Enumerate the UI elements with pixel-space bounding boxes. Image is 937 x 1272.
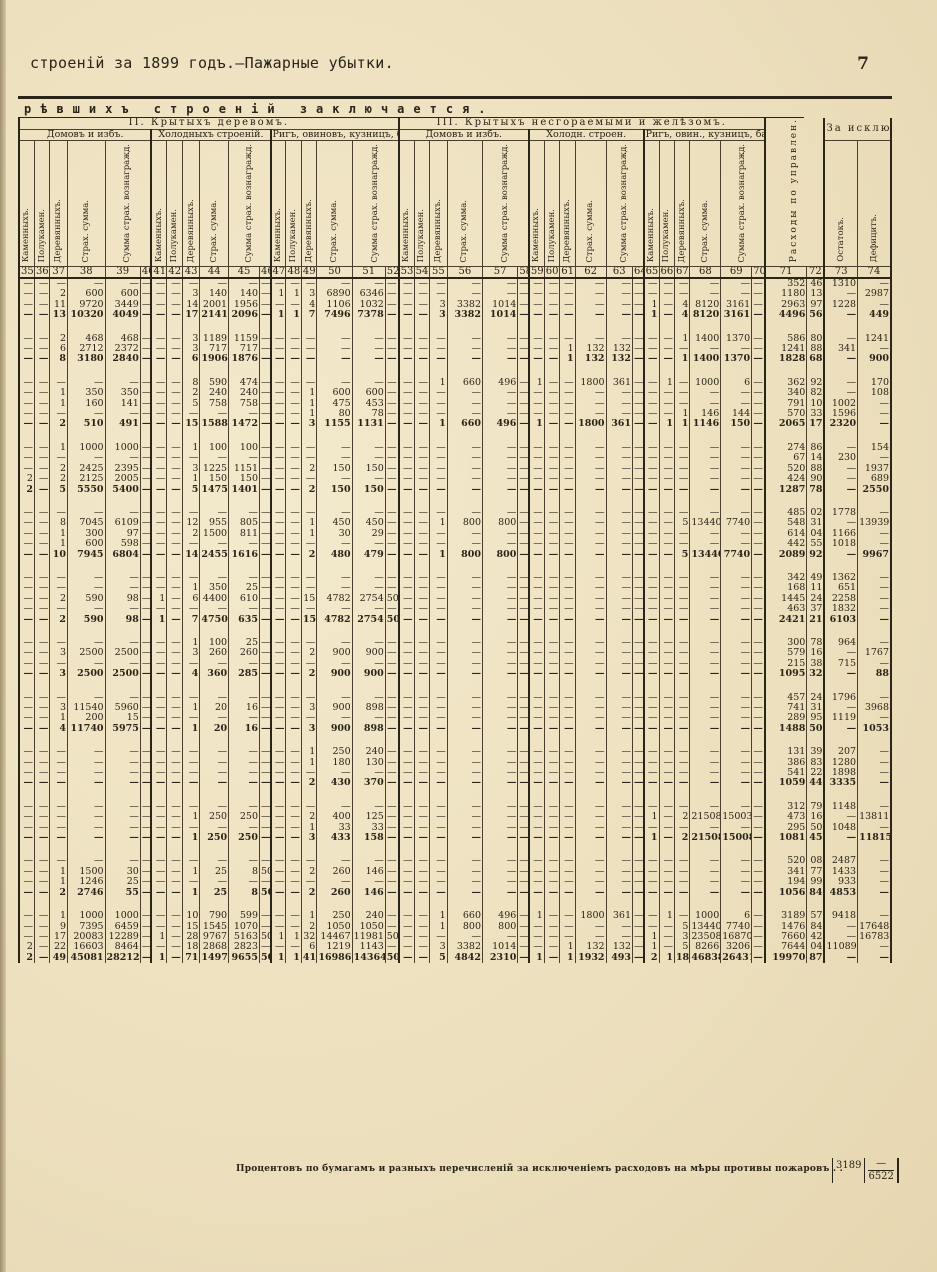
table-cell: 2550 <box>858 485 891 495</box>
table-cell: — <box>105 802 140 812</box>
table-cell: — <box>286 888 301 898</box>
table-cell: — <box>483 812 518 822</box>
table-cell: — <box>518 539 529 549</box>
table-cell: — <box>19 529 34 539</box>
table-cell: — <box>575 300 606 310</box>
table-cell: 17648 <box>858 922 891 932</box>
table-cell: — <box>752 278 765 289</box>
table-cell: — <box>260 669 271 679</box>
spacer-cell <box>385 430 398 443</box>
table-cell: — <box>271 911 286 921</box>
table-total-row: ——1079456804———1424551616———2480479———18… <box>19 550 891 560</box>
table-cell: — <box>50 778 68 788</box>
table-cell: 42 <box>807 932 825 942</box>
table-cell: 7740 <box>721 518 752 528</box>
table-cell: — <box>606 529 632 539</box>
spacer-cell <box>260 789 271 802</box>
table-cell: — <box>286 615 301 625</box>
table-cell: — <box>529 856 544 866</box>
table-cell: 8 <box>229 888 260 898</box>
table-cell: — <box>260 942 271 952</box>
table-cell: — <box>317 278 352 289</box>
spacer-cell <box>606 843 632 856</box>
table-cell: 955 <box>200 518 229 528</box>
table-cell: — <box>518 443 529 453</box>
table-cell: 250 <box>229 833 260 843</box>
table-cell: — <box>752 703 765 713</box>
table-cell: — <box>385 693 398 703</box>
table-cell: — <box>518 573 529 583</box>
table-cell: — <box>560 508 575 518</box>
table-cell: 610 <box>229 594 260 604</box>
spacer-cell <box>286 625 301 638</box>
spacer-cell <box>544 430 559 443</box>
table-row: ————————————————————————————————————3424… <box>19 573 891 583</box>
table-row: ————————————————————————————————————5412… <box>19 768 891 778</box>
table-cell: — <box>544 659 559 669</box>
table-cell: — <box>529 615 544 625</box>
col-deficit: Дефицитъ. <box>858 141 891 266</box>
table-cell: — <box>430 867 448 877</box>
table-cell: — <box>752 747 765 757</box>
table-cell: — <box>560 888 575 898</box>
table-cell: 1 <box>301 747 316 757</box>
table-cell: — <box>447 583 482 593</box>
table-cell: — <box>659 409 674 419</box>
group-spacer <box>19 321 891 334</box>
table-cell: — <box>19 659 34 669</box>
table-cell: — <box>385 867 398 877</box>
table-cell: — <box>447 932 482 942</box>
table-cell: 3 <box>301 419 316 429</box>
table-cell: — <box>560 485 575 495</box>
spacer-cell <box>858 495 891 508</box>
table-cell: — <box>301 573 316 583</box>
spacer-cell <box>414 734 429 747</box>
table-cell: 491 <box>105 419 140 429</box>
table-cell: — <box>644 867 659 877</box>
spacer-cell <box>824 321 857 334</box>
table-cell: 295 <box>765 823 807 833</box>
table-cell: — <box>200 856 229 866</box>
table-cell: — <box>644 922 659 932</box>
spacer-cell <box>644 560 659 573</box>
table-cell: — <box>674 485 689 495</box>
spacer-cell <box>352 321 385 334</box>
table-cell: 21 <box>807 615 825 625</box>
table-cell: — <box>560 812 575 822</box>
table-cell: — <box>414 856 429 866</box>
table-cell: — <box>271 354 286 364</box>
table-cell: 791 <box>765 399 807 409</box>
table-cell: 430 <box>317 778 352 788</box>
table-cell: — <box>518 953 529 963</box>
spacer-cell <box>182 789 200 802</box>
table-cell: — <box>34 310 49 320</box>
table-cell: — <box>286 388 301 398</box>
table-cell: 2 <box>301 648 316 658</box>
spacer-cell <box>824 495 857 508</box>
table-cell: 715 <box>824 659 857 669</box>
table-cell: 2 <box>19 485 34 495</box>
table-cell: — <box>260 693 271 703</box>
table-cell: 2 <box>301 888 316 898</box>
table-cell: — <box>575 399 606 409</box>
table-cell: — <box>483 867 518 877</box>
column-number: 60 <box>544 266 559 278</box>
spacer-cell <box>140 560 151 573</box>
table-cell: 520 <box>765 856 807 866</box>
table-cell: — <box>151 539 166 549</box>
spacer-cell <box>659 789 674 802</box>
table-cell: — <box>659 354 674 364</box>
table-cell: — <box>301 768 316 778</box>
table-cell: — <box>414 615 429 625</box>
spacer-cell <box>286 734 301 747</box>
col-half-stone: Полукамен. <box>286 141 301 266</box>
table-cell: — <box>824 289 857 299</box>
table-cell: — <box>151 409 166 419</box>
table-cell: — <box>414 604 429 614</box>
table-cell: — <box>518 942 529 952</box>
table-cell: — <box>167 409 182 419</box>
table-cell: — <box>447 399 482 409</box>
table-cell: — <box>399 485 414 495</box>
table-cell: — <box>633 300 644 310</box>
table-cell: — <box>430 388 448 398</box>
table-cell: 3382 <box>447 942 482 952</box>
table-cell: — <box>633 833 644 843</box>
table-cell: 97 <box>807 300 825 310</box>
table-cell: — <box>317 573 352 583</box>
table-cell: — <box>824 334 857 344</box>
table-cell: — <box>721 278 752 289</box>
table-cell: 108 <box>858 388 891 398</box>
table-cell: 55 <box>105 888 140 898</box>
table-cell: 4400 <box>200 594 229 604</box>
table-cell: — <box>529 812 544 822</box>
table-cell: 1 <box>644 942 659 952</box>
table-cell: — <box>19 378 34 388</box>
table-cell: — <box>68 856 106 866</box>
table-cell: — <box>399 693 414 703</box>
table-cell: — <box>151 583 166 593</box>
table-cell: — <box>271 474 286 484</box>
table-cell: — <box>260 409 271 419</box>
spacer-cell <box>858 560 891 573</box>
table-cell: — <box>430 724 448 734</box>
table-cell: — <box>414 867 429 877</box>
spacer-cell <box>690 560 721 573</box>
table-cell: — <box>447 604 482 614</box>
table-cell: — <box>721 703 752 713</box>
table-cell: 25 <box>105 877 140 887</box>
table-cell: 1 <box>644 300 659 310</box>
table-cell: — <box>271 724 286 734</box>
table-cell: — <box>544 877 559 887</box>
table-cell: — <box>606 474 632 484</box>
table-cell: — <box>858 856 891 866</box>
table-cell: — <box>50 812 68 822</box>
table-cell: — <box>151 802 166 812</box>
table-cell: 2455 <box>200 550 229 560</box>
table-cell: 98 <box>105 594 140 604</box>
col-compensation: Сумма страх. вознагражд. <box>483 141 529 266</box>
table-cell: — <box>151 778 166 788</box>
table-cell: — <box>644 409 659 419</box>
table-cell: — <box>352 453 385 463</box>
table-cell: 97 <box>105 529 140 539</box>
table-cell: — <box>19 310 34 320</box>
table-cell: — <box>544 713 559 723</box>
spacer-cell <box>286 430 301 443</box>
table-cell: 1767 <box>858 648 891 658</box>
table-cell: — <box>68 604 106 614</box>
table-cell: — <box>260 378 271 388</box>
table-cell: — <box>260 354 271 364</box>
table-cell: — <box>544 443 559 453</box>
table-cell: 1148 <box>824 802 857 812</box>
table-cell: — <box>606 409 632 419</box>
table-cell: — <box>414 758 429 768</box>
spacer-cell <box>858 625 891 638</box>
table-cell: — <box>690 778 721 788</box>
table-cell: 2 <box>301 485 316 495</box>
table-cell: 13440 <box>690 518 721 528</box>
spacer-cell <box>317 321 352 334</box>
table-cell: — <box>271 550 286 560</box>
spacer-cell <box>19 560 34 573</box>
spacer-cell <box>200 430 229 443</box>
table-cell: 2 <box>182 388 200 398</box>
table-cell: 1362 <box>824 573 857 583</box>
table-cell: — <box>140 703 151 713</box>
table-cell: — <box>414 310 429 320</box>
column-number: 51 <box>352 266 385 278</box>
table-cell: — <box>260 508 271 518</box>
table-cell: — <box>140 758 151 768</box>
table-cell: — <box>606 823 632 833</box>
spacer-cell <box>483 843 518 856</box>
table-cell: — <box>50 583 68 593</box>
table-cell: 16 <box>807 648 825 658</box>
table-cell: 21508 <box>690 833 721 843</box>
table-cell: 16 <box>807 812 825 822</box>
table-cell: — <box>644 823 659 833</box>
spacer-cell <box>807 625 825 638</box>
table-cell: — <box>167 693 182 703</box>
table-cell: — <box>200 508 229 518</box>
table-cell: — <box>68 378 106 388</box>
table-cell: — <box>606 518 632 528</box>
spacer-cell <box>317 495 352 508</box>
table-cell: — <box>414 648 429 658</box>
table-cell: — <box>385 812 398 822</box>
table-cell: — <box>858 778 891 788</box>
table-cell: 1 <box>50 399 68 409</box>
table-cell: — <box>824 485 857 495</box>
spacer-cell <box>286 560 301 573</box>
table-cell: — <box>140 812 151 822</box>
table-cell: 13811 <box>858 812 891 822</box>
table-cell: — <box>721 867 752 877</box>
table-cell: 78 <box>807 485 825 495</box>
table-cell: — <box>414 278 429 289</box>
table-cell: — <box>483 464 518 474</box>
table-cell: — <box>167 464 182 474</box>
table-cell: — <box>529 518 544 528</box>
table-cell: 4853 <box>824 888 857 898</box>
table-cell: 160 <box>68 399 106 409</box>
table-cell: — <box>229 508 260 518</box>
spacer-cell <box>352 495 385 508</box>
table-cell: — <box>414 778 429 788</box>
table-cell: — <box>430 529 448 539</box>
spacer-cell <box>518 560 529 573</box>
table-cell: — <box>529 604 544 614</box>
table-cell: — <box>752 648 765 658</box>
table-cell: — <box>752 659 765 669</box>
table-cell: — <box>151 922 166 932</box>
table-cell: 2754 <box>352 615 385 625</box>
column-number: 65 <box>644 266 659 278</box>
table-cell: 1050 <box>352 922 385 932</box>
table-cell: — <box>518 378 529 388</box>
table-cell: — <box>575 550 606 560</box>
table-cell: — <box>260 529 271 539</box>
spacer-cell <box>659 495 674 508</box>
table-cell: — <box>659 485 674 495</box>
table-cell: — <box>430 443 448 453</box>
table-cell: — <box>19 409 34 419</box>
column-number: 50 <box>317 266 352 278</box>
table-cell: — <box>690 508 721 518</box>
table-cell: — <box>430 802 448 812</box>
spacer-cell <box>765 680 807 693</box>
table-cell: 15 <box>105 713 140 723</box>
spacer-cell <box>644 898 659 911</box>
table-cell: 6 <box>182 594 200 604</box>
table-cell: — <box>659 888 674 898</box>
table-cell: — <box>529 768 544 778</box>
table-cell: — <box>414 703 429 713</box>
table-cell: — <box>34 768 49 778</box>
spacer-cell <box>68 365 106 378</box>
table-cell: 3 <box>301 289 316 299</box>
table-cell: — <box>518 833 529 843</box>
table-cell: — <box>151 638 166 648</box>
table-cell: — <box>286 922 301 932</box>
spacer-cell <box>68 843 106 856</box>
table-cell: — <box>544 768 559 778</box>
table-cell: — <box>19 932 34 942</box>
table-cell: 13440 <box>690 922 721 932</box>
spacer-cell <box>399 734 414 747</box>
spacer-cell <box>301 625 316 638</box>
table-cell: — <box>633 573 644 583</box>
table-cell: — <box>560 289 575 299</box>
spacer-cell <box>544 680 559 693</box>
group-spacer <box>19 560 891 573</box>
table-cell: — <box>301 638 316 648</box>
table-cell: — <box>352 604 385 614</box>
table-cell: — <box>140 289 151 299</box>
table-cell: 2005 <box>105 474 140 484</box>
table-cell: — <box>140 508 151 518</box>
spacer-cell <box>19 789 34 802</box>
table-cell: — <box>560 638 575 648</box>
table-cell: 3 <box>182 344 200 354</box>
spacer-cell <box>644 495 659 508</box>
table-cell: — <box>34 648 49 658</box>
spacer-cell <box>430 365 448 378</box>
spacer-cell <box>633 843 644 856</box>
table-cell: 150 <box>229 474 260 484</box>
table-cell: — <box>140 615 151 625</box>
table-cell: — <box>659 856 674 866</box>
spacer-cell <box>151 321 166 334</box>
spacer-cell <box>430 680 448 693</box>
table-cell: — <box>690 573 721 583</box>
table-cell: — <box>447 758 482 768</box>
spacer-cell <box>34 680 49 693</box>
table-cell: 1 <box>151 594 166 604</box>
table-cell: — <box>575 409 606 419</box>
table-cell: — <box>286 867 301 877</box>
spacer-cell <box>105 680 140 693</box>
table-cell: 3 <box>50 703 68 713</box>
table-cell: — <box>385 778 398 788</box>
spacer-cell <box>518 625 529 638</box>
table-cell: — <box>151 518 166 528</box>
table-cell: — <box>200 713 229 723</box>
spacer-cell <box>399 843 414 856</box>
table-cell: 900 <box>858 354 891 364</box>
table-cell: 360 <box>200 669 229 679</box>
table-cell: — <box>317 344 352 354</box>
table-cell: — <box>606 485 632 495</box>
column-number: 36 <box>34 266 49 278</box>
spacer-cell <box>68 560 106 573</box>
spacer-cell <box>752 430 765 443</box>
table-cell: — <box>385 453 398 463</box>
spacer-cell <box>286 365 301 378</box>
table-cell: — <box>286 669 301 679</box>
table-cell: — <box>19 812 34 822</box>
table-cell: — <box>430 573 448 583</box>
table-cell: — <box>858 573 891 583</box>
spacer-cell <box>752 365 765 378</box>
table-cell: — <box>633 550 644 560</box>
table-cell: — <box>182 453 200 463</box>
table-cell: — <box>633 703 644 713</box>
table-cell: — <box>301 583 316 593</box>
table-cell: — <box>529 932 544 942</box>
spacer-cell <box>34 321 49 334</box>
spacer-cell <box>229 560 260 573</box>
table-cell: — <box>286 942 301 952</box>
table-cell: — <box>633 713 644 723</box>
spacer-cell <box>260 625 271 638</box>
section-fireproof-roofed: III. Крытыхъ несгораемыми и желѣзомъ. <box>399 118 765 129</box>
table-cell: — <box>182 278 200 289</box>
table-cell: — <box>19 768 34 778</box>
spacer-cell <box>385 321 398 334</box>
table-cell: 717 <box>200 344 229 354</box>
table-cell: — <box>824 812 857 822</box>
table-cell: — <box>544 399 559 409</box>
table-cell: — <box>200 758 229 768</box>
